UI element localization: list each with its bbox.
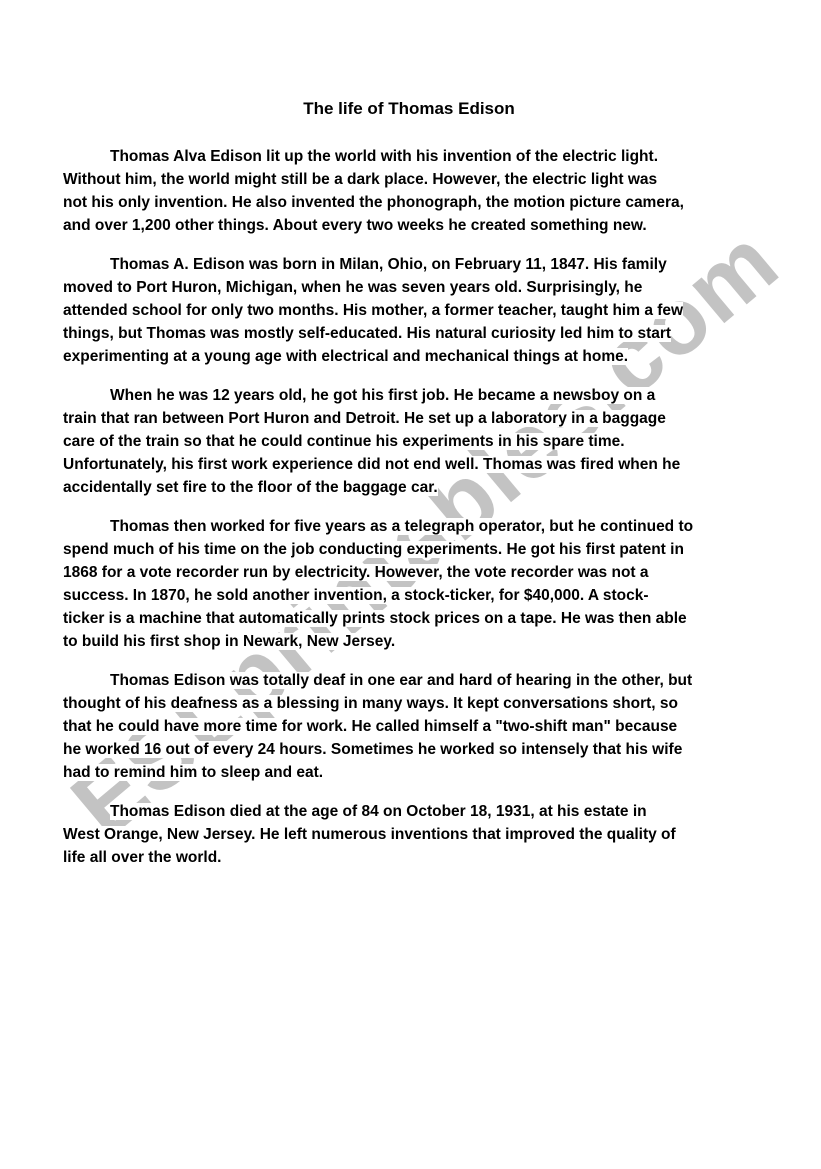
paragraph-text: Thomas Edison was totally deaf in one ea… xyxy=(63,672,692,781)
document-content: The life of Thomas Edison Thomas Alva Ed… xyxy=(63,97,755,885)
document-title: The life of Thomas Edison xyxy=(63,97,755,120)
paragraph: Thomas A. Edison was born in Milan, Ohio… xyxy=(63,253,755,368)
paragraph: When he was 12 years old, he got his fir… xyxy=(63,384,755,499)
paragraph-text: Thomas then worked for five years as a t… xyxy=(63,518,693,650)
paragraph-text: Thomas Alva Edison lit up the world with… xyxy=(63,148,684,234)
paragraph: Thomas Alva Edison lit up the world with… xyxy=(63,145,755,237)
paragraph: Thomas then worked for five years as a t… xyxy=(63,515,755,653)
paragraph: Thomas Edison was totally deaf in one ea… xyxy=(63,669,755,784)
paragraph-text: Thomas Edison died at the age of 84 on O… xyxy=(63,803,676,866)
worksheet-page: ESLprintables.com The life of Thomas Edi… xyxy=(0,0,821,1169)
paragraph: Thomas Edison died at the age of 84 on O… xyxy=(63,800,755,869)
paragraph-text: When he was 12 years old, he got his fir… xyxy=(63,387,680,496)
paragraph-text: Thomas A. Edison was born in Milan, Ohio… xyxy=(63,256,683,365)
